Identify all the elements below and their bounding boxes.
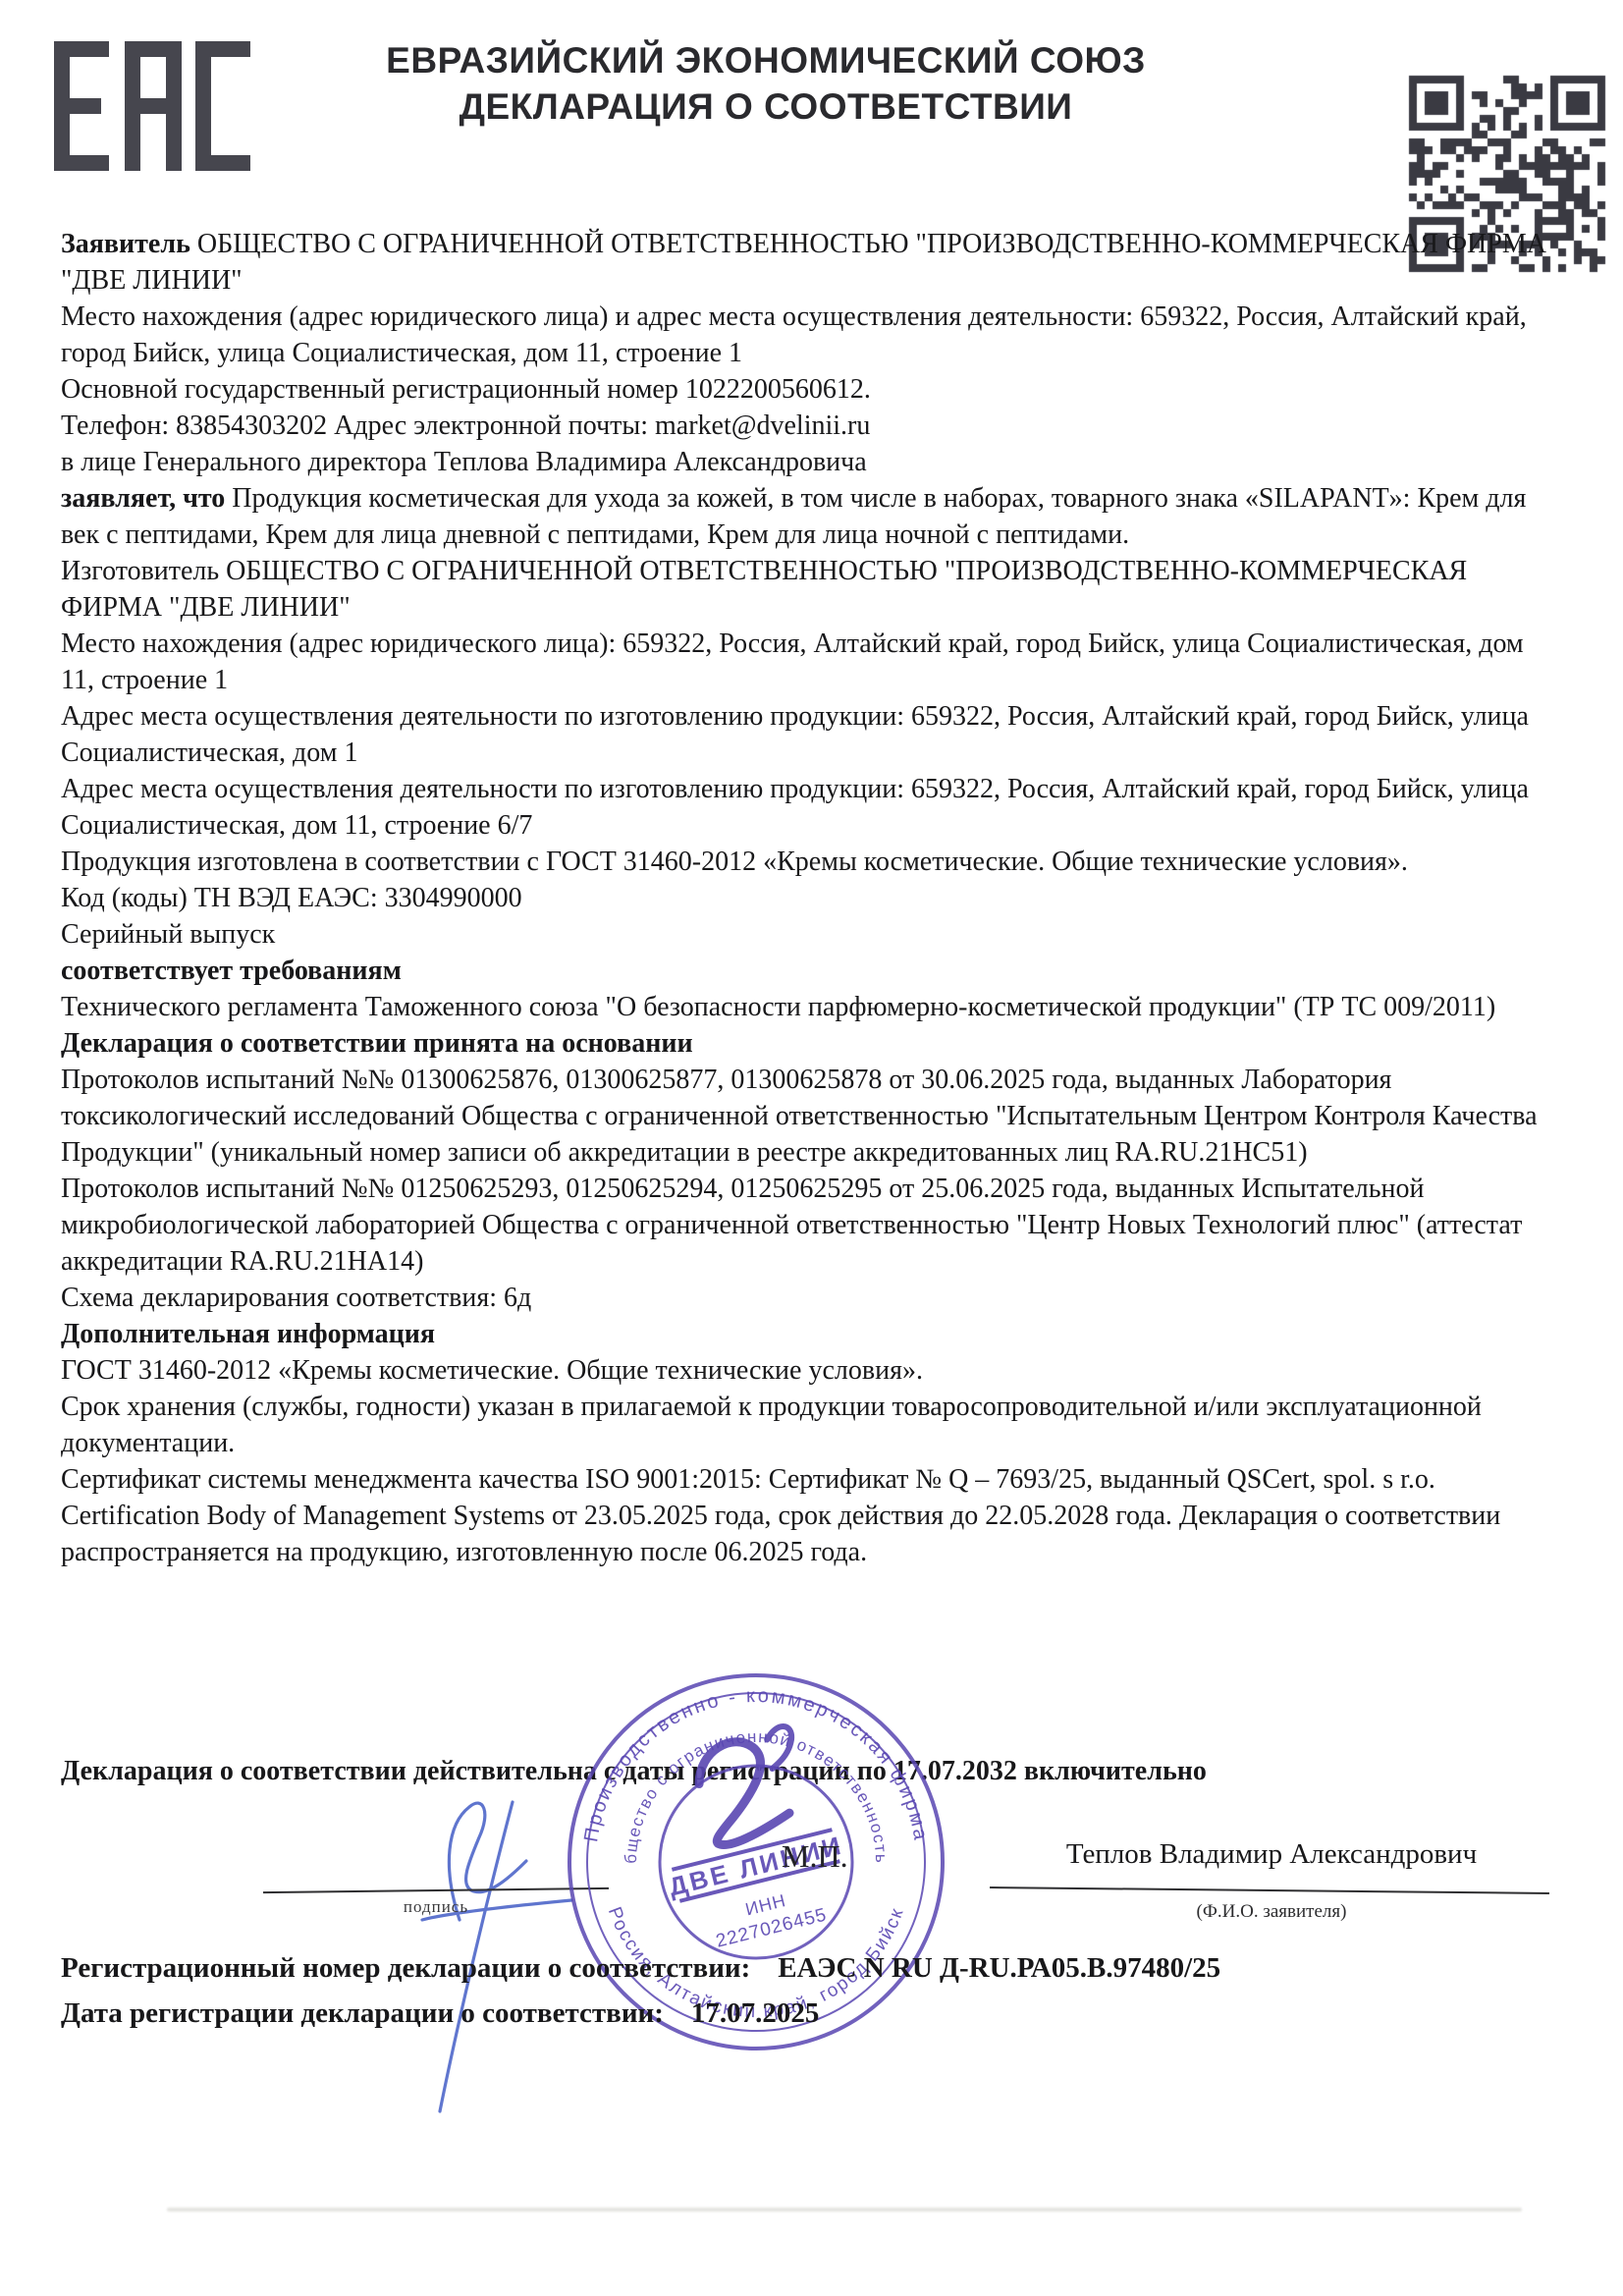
doc-type-line: ДЕКЛАРАЦИЯ О СООТВЕТСТВИИ — [245, 83, 1286, 130]
registration-date-label: Дата регистрации декларации о соответств… — [61, 1997, 664, 2029]
registration-number-label: Регистрационный номер декларации о соотв… — [61, 1952, 750, 1984]
doc-title: ЕВРАЗИЙСКИЙ ЭКОНОМИЧЕСКИЙ СОЮЗ ДЕКЛАРАЦИ… — [245, 37, 1286, 130]
paragraph: Протоколов испытаний №№ 01250625293, 012… — [61, 1171, 1561, 1280]
registration-date-value: 17.07.2025 — [691, 1997, 820, 2029]
paragraph: Технического регламента Таможенного союз… — [61, 989, 1561, 1025]
paragraph: заявляет, что Продукция косметическая дл… — [61, 480, 1561, 553]
paragraph: Адрес места осуществления деятельности п… — [61, 771, 1561, 844]
paragraph: Основной государственный регистрационный… — [61, 371, 1561, 408]
paragraph: Дополнительная информация — [61, 1316, 1561, 1352]
declarant-line — [990, 1886, 1549, 1894]
paragraph: Код (коды) ТН ВЭД ЕАЭС: 3304990000 — [61, 880, 1561, 916]
signature-line — [263, 1887, 609, 1893]
registration-number-row: Регистрационный номер декларации о соотв… — [61, 1952, 1220, 1985]
registration-date-row: Дата регистрации декларации о соответств… — [61, 1997, 819, 2030]
paragraph: Продукция изготовлена в соответствии с Г… — [61, 844, 1561, 880]
mp-mark: М.П. — [782, 1838, 848, 1875]
declarant-caption: (Ф.И.О. заявителя) — [1011, 1901, 1532, 1923]
paragraph: соответствует требованиям — [61, 953, 1561, 989]
paragraph: Срок хранения (службы, годности) указан … — [61, 1389, 1561, 1461]
scan-artifact — [167, 2208, 1522, 2212]
declarant-name: Теплов Владимир Александрович — [1011, 1838, 1532, 1871]
page: ЕВРАЗИЙСКИЙ ЭКОНОМИЧЕСКИЙ СОЮЗ ДЕКЛАРАЦИ… — [0, 0, 1623, 2296]
paragraph: в лице Генерального директора Теплова Вл… — [61, 444, 1561, 480]
document-body: Заявитель ОБЩЕСТВО С ОГРАНИЧЕННОЙ ОТВЕТС… — [61, 226, 1561, 1570]
paragraph: Заявитель ОБЩЕСТВО С ОГРАНИЧЕННОЙ ОТВЕТС… — [61, 226, 1561, 299]
paragraph: Телефон: 83854303202 Адрес электронной п… — [61, 408, 1561, 444]
paragraph: Изготовитель ОБЩЕСТВО С ОГРАНИЧЕННОЙ ОТВ… — [61, 553, 1561, 626]
paragraph: Место нахождения (адрес юридического лиц… — [61, 626, 1561, 698]
paragraph: Адрес места осуществления деятельности п… — [61, 698, 1561, 771]
paragraph: Схема декларирования соответствия: 6д — [61, 1280, 1561, 1316]
signature-caption: подпись — [263, 1897, 609, 1917]
paragraph: Протоколов испытаний №№ 01300625876, 013… — [61, 1062, 1561, 1171]
paragraph: Сертификат системы менеджмента качества … — [61, 1461, 1561, 1570]
eac-logo — [54, 41, 250, 171]
registration-number-value: ЕАЭС N RU Д-RU.РА05.В.97480/25 — [778, 1952, 1220, 1984]
paragraph: Декларация о соответствии принята на осн… — [61, 1025, 1561, 1062]
paragraph: ГОСТ 31460-2012 «Кремы косметические. Об… — [61, 1352, 1561, 1389]
paragraph: Место нахождения (адрес юридического лиц… — [61, 299, 1561, 371]
paragraph: Серийный выпуск — [61, 916, 1561, 953]
union-name: ЕВРАЗИЙСКИЙ ЭКОНОМИЧЕСКИЙ СОЮЗ — [245, 37, 1286, 83]
